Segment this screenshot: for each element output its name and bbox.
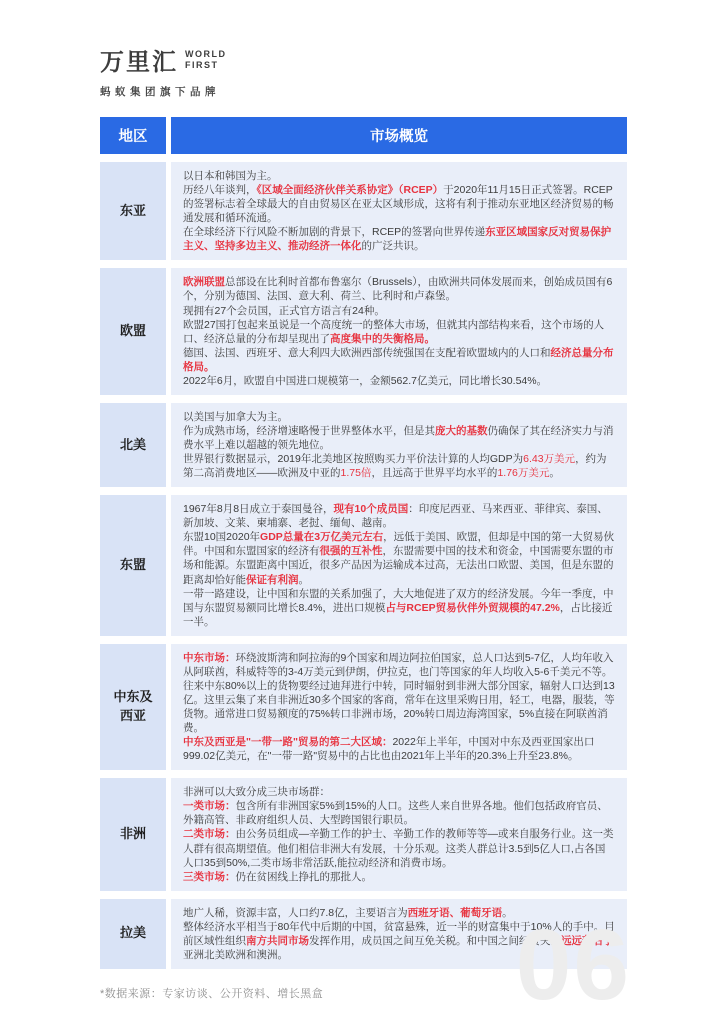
body-text: 地广人稀，资源丰富，人口约7.8亿，主要语言为 (183, 907, 408, 919)
overview-paragraph: 1967年8月8日成立于泰国曼谷，现有10个成员国：印度尼西亚、马来西亚、菲律宾… (183, 502, 615, 530)
body-text: 以美国与加拿大为主。 (183, 411, 288, 423)
highlighted-text: 《区域全面经济伙伴关系协定》（RCEP） (257, 184, 444, 196)
overview-paragraph: 东盟10国2020年GDP总量在3万亿美元左右，远低于美国、欧盟，但却是中国的第… (183, 530, 615, 586)
body-text: ，且远高于世界平均水平的 (371, 467, 497, 479)
overview-paragraph: 德国、法国、西班牙、意大利四大欧洲西部传统强国在支配着欧盟域内的人口和经济总量分… (183, 346, 615, 374)
table-row-1: 欧盟欧洲联盟总部设在比利时首都布鲁塞尔（Brussels），由欧洲共同体发展而来… (100, 268, 627, 395)
highlighted-text: 中东及西亚是"一带一路"贸易的第二大区域： (183, 736, 392, 748)
highlighted-text: 三类市场： (183, 871, 236, 883)
region-label: 中东及西亚 (100, 644, 166, 771)
highlighted-text: 二类市场： (183, 828, 236, 840)
body-text: 在全球经济下行风险不断加剧的背景下，RCEP的签署向世界传递 (183, 226, 485, 238)
highlighted-text: 庞大的基数 (435, 425, 488, 437)
body-text: 亚洲北美欧洲和澳洲。 (183, 949, 288, 961)
highlighted-text: 南方共同市场 (246, 935, 309, 947)
body-text: 总部设在比利时首都布鲁塞尔（Brussels），由欧洲共同体发展而来，创始成员国… (183, 276, 612, 302)
highlighted-text: 1.75倍 (341, 467, 372, 479)
highlighted-text: 占与RCEP贸易伙伴外贸规模的47.2% (385, 602, 559, 614)
overview-cell: 以日本和韩国为主。历经八年谈判，《区域全面经济伙伴关系协定》（RCEP）于202… (171, 162, 627, 260)
overview-paragraph: 现拥有27个会员国，正式官方语言有24种。 (183, 304, 615, 318)
column-header-region: 地区 (100, 117, 166, 154)
table-row-4: 中东及西亚中东市场：环绕波斯湾和阿拉海的9个国家和周边阿拉伯国家，总人口达到5-… (100, 644, 627, 771)
brand-name-cn: 万里汇 (100, 42, 178, 77)
overview-paragraph: 一类市场：包含所有非洲国家5%到15%的人口。这些人来自世界各地。他们包括政府官… (183, 799, 615, 827)
highlighted-text: 欧洲联盟 (183, 276, 225, 288)
table-body: 东亚以日本和韩国为主。历经八年谈判，《区域全面经济伙伴关系协定》（RCEP）于2… (100, 162, 627, 969)
body-text: 。 (299, 574, 310, 586)
highlighted-text: 保证有利润 (246, 574, 299, 586)
brand-tagline: 蚂蚁集团旗下品牌 (100, 84, 627, 99)
body-text: 历经八年谈判， (183, 184, 257, 196)
brand-name-en-line2: FIRST (185, 60, 219, 70)
highlighted-text: 6.43万美元 (523, 453, 575, 465)
highlighted-text: 1.76万美元 (497, 467, 549, 479)
region-label: 拉美 (100, 899, 166, 969)
overview-paragraph: 中东市场：环绕波斯湾和阿拉海的9个国家和周边阿拉伯国家，总人口达到5-7亿，人均… (183, 651, 615, 735)
overview-cell: 中东市场：环绕波斯湾和阿拉海的9个国家和周边阿拉伯国家，总人口达到5-7亿，人均… (171, 644, 627, 771)
overview-paragraph: 世界银行数据显示，2019年北美地区按照购买力平价法计算的人均GDP为6.43万… (183, 452, 615, 480)
region-label: 北美 (100, 403, 166, 487)
highlighted-text: 中东市场： (183, 652, 236, 664)
brand-name-en: WORLD FIRST (185, 49, 227, 71)
highlighted-text: 西班牙语、葡萄牙语 (408, 907, 503, 919)
overview-paragraph: 中东及西亚是"一带一路"贸易的第二大区域：2022年上半年，中国对中东及西亚国家… (183, 735, 615, 763)
market-overview-table: 地区 市场概览 东亚以日本和韩国为主。历经八年谈判，《区域全面经济伙伴关系协定》… (100, 117, 627, 969)
overview-paragraph: 以美国与加拿大为主。 (183, 410, 615, 424)
overview-cell: 欧洲联盟总部设在比利时首都布鲁塞尔（Brussels），由欧洲共同体发展而来，创… (171, 268, 627, 395)
highlighted-text: GDP总量在3万亿美元左右 (260, 531, 383, 543)
body-text: 的广泛共识。 (362, 240, 425, 252)
overview-paragraph: 以日本和韩国为主。 (183, 169, 615, 183)
body-text: 德国、法国、西班牙、意大利四大欧洲西部传统强国在支配着欧盟域内的人口和 (183, 347, 551, 359)
body-text: 2022年6月，欧盟自中国进口规模第一，金额562.7亿美元，同比增长30.54… (183, 375, 547, 387)
overview-paragraph: 欧洲联盟总部设在比利时首都布鲁塞尔（Brussels），由欧洲共同体发展而来，创… (183, 275, 615, 303)
body-text: 仍在贫困线上挣扎的那批人。 (236, 871, 373, 883)
overview-paragraph: 欧盟27国打包起来虽说是一个高度统一的整体大市场，但就其内部结构来看，这个市场的… (183, 318, 615, 346)
highlighted-text: 高度集中的失衡格局。 (330, 333, 435, 345)
body-text: 1967年8月8日成立于泰国曼谷， (183, 503, 334, 515)
page-content: 万里汇 WORLD FIRST 蚂蚁集团旗下品牌 地区 市场概览 东亚以日本和韩… (100, 42, 627, 1001)
overview-cell: 非洲可以大致分成三块市场群：一类市场：包含所有非洲国家5%到15%的人口。这些人… (171, 778, 627, 890)
region-label: 东亚 (100, 162, 166, 260)
body-text: 由公务员组成—辛勤工作的护士、辛勤工作的教师等等—或来自服务行业。这一类人群有很… (183, 828, 614, 868)
overview-paragraph: 二类市场：由公务员组成—辛勤工作的护士、辛勤工作的教师等等—或来自服务行业。这一… (183, 827, 615, 869)
overview-paragraph: 历经八年谈判，《区域全面经济伙伴关系协定》（RCEP）于2020年11月15日正… (183, 183, 615, 225)
overview-paragraph: 一带一路建设，让中国和东盟的关系加强了，大大地促进了双方的经济发展。今年一季度，… (183, 587, 615, 629)
body-text: 作为成熟市场，经济增速略慢于世界整体水平，但是其 (183, 425, 435, 437)
body-text: 非洲可以大致分成三块市场群： (183, 786, 330, 798)
highlighted-text: 现有10个成员国 (334, 503, 409, 515)
table-header-row: 地区 市场概览 (100, 117, 627, 154)
overview-paragraph: 2022年6月，欧盟自中国进口规模第一，金额562.7亿美元，同比增长30.54… (183, 374, 615, 388)
body-text: 以日本和韩国为主。 (183, 170, 278, 182)
body-text: 。 (502, 907, 513, 919)
body-text: 东盟10国2020年 (183, 531, 260, 543)
overview-paragraph: 非洲可以大致分成三块市场群： (183, 785, 615, 799)
overview-paragraph: 作为成熟市场，经济增速略慢于世界整体水平，但是其庞大的基数仍确保了其在经济实力与… (183, 424, 615, 452)
highlighted-text: 很强的互补性 (320, 545, 383, 557)
brand-logo: 万里汇 WORLD FIRST 蚂蚁集团旗下品牌 (100, 42, 627, 99)
body-text: 世界银行数据显示，2019年北美地区按照购买力平价法计算的人均GDP为 (183, 453, 523, 465)
page-number: 06 (516, 923, 631, 1008)
region-label: 非洲 (100, 778, 166, 890)
body-text: 。 (549, 467, 560, 479)
highlighted-text: 一类市场： (183, 800, 236, 812)
overview-cell: 以美国与加拿大为主。作为成熟市场，经济增速略慢于世界整体水平，但是其庞大的基数仍… (171, 403, 627, 487)
table-row-2: 北美以美国与加拿大为主。作为成熟市场，经济增速略慢于世界整体水平，但是其庞大的基… (100, 403, 627, 487)
body-text: 现拥有27个会员国，正式官方语言有24种。 (183, 305, 385, 317)
overview-cell: 1967年8月8日成立于泰国曼谷，现有10个成员国：印度尼西亚、马来西亚、菲律宾… (171, 495, 627, 636)
region-label: 欧盟 (100, 268, 166, 395)
body-text: 包含所有非洲国家5%到15%的人口。这些人来自世界各地。他们包括政府官员、外籍高… (183, 800, 608, 826)
table-row-0: 东亚以日本和韩国为主。历经八年谈判，《区域全面经济伙伴关系协定》（RCEP）于2… (100, 162, 627, 260)
table-row-3: 东盟1967年8月8日成立于泰国曼谷，现有10个成员国：印度尼西亚、马来西亚、菲… (100, 495, 627, 636)
overview-paragraph: 三类市场：仍在贫困线上挣扎的那批人。 (183, 870, 615, 884)
brand-name-en-line1: WORLD (185, 49, 227, 59)
body-text: 环绕波斯湾和阿拉海的9个国家和周边阿拉伯国家，总人口达到5-7亿，人均年收入从阿… (183, 652, 615, 734)
region-label: 东盟 (100, 495, 166, 636)
table-row-5: 非洲非洲可以大致分成三块市场群：一类市场：包含所有非洲国家5%到15%的人口。这… (100, 778, 627, 890)
column-header-overview: 市场概览 (171, 117, 627, 154)
overview-paragraph: 在全球经济下行风险不断加剧的背景下，RCEP的签署向世界传递东亚区域国家反对贸易… (183, 225, 615, 253)
